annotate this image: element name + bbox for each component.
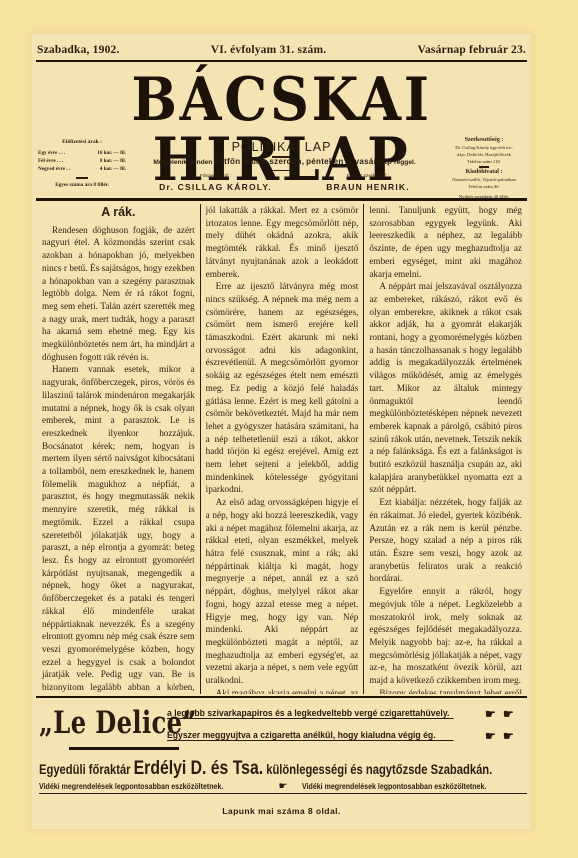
price-period: Fél évre . . . [38,157,63,165]
day-date: Vasárnap február 23. [418,44,526,58]
ad-company-name: Erdélyi D. és Tsa. [134,758,263,779]
price-row: Fél évre . . . 8 kor. — fil. [38,157,126,165]
editorial-office-line: Telefon szám 118. [440,158,528,165]
office-info: Szerkesztőség : Dr. Csillag Károly ügyvé… [440,137,528,200]
editor-role: Főszerkesztő : [159,174,272,179]
schedule-day: hétfőn [214,157,240,166]
price-period: Negyed évre . . [38,165,70,173]
single-copy-price: Egyes száma ára 8 fillér. [38,181,126,189]
editor-role: Felelős szerkesztő : [326,174,410,179]
price-value: 16 kor. — fil. [97,149,126,157]
ad-main-line: Egyedüli főraktár Erdélyi D. és Tsa. kül… [39,758,444,780]
price-period: Egy évre . . . [38,149,65,157]
paragraph: Rendesen döghuson fogják, de azért nagyu… [42,224,195,364]
publishing-office-line: Telefon szám 46. [440,183,528,190]
schedule-text: délután, [242,159,267,166]
article-title: A rák. [42,206,195,219]
article-column-1: A rák. Rendesen döghuson fogják, de azér… [37,204,200,694]
schedule-text: Megjelenik minden [153,159,212,166]
article-column-2: jól lakatták a rákkal. Mert ez a csömör … [200,204,364,694]
paragraph: Hanem vannak esetek, mikor a nagyurak, ő… [42,363,195,694]
editorial-office-line: Dr. Csillag Károly ügyvédi iro- [440,144,528,151]
dateline-rule [36,60,527,62]
article-column-3: lenni. Tanuljunk együtt, hogy még szoros… [363,204,527,694]
ad-main-prefix: Egyedüli főraktár [39,762,131,777]
schedule-day: szerdán, [269,157,304,166]
publishing-office-heading: Kiadóhivatal : [440,169,528,176]
ad-orders-text: Vidéki megrendelések legpontosabban eszk… [302,781,486,792]
publishing-office-line: Nemzeti-szálló, Vojnich-palotában [440,176,528,183]
paragraph: Erre az ijesztő látványra még most nincs… [206,280,359,496]
ad-orders-text: Vidéki megrendelések legpontosabban eszk… [39,781,223,792]
schedule-dash [272,170,294,171]
ad-orders-line: Vidéki megrendelések legpontosabban eszk… [39,781,527,794]
subscription-heading: Előfizetési árak : [38,138,126,146]
dateline: Szabadka, 1902. VI. évfolyam 31. szám. V… [37,44,526,58]
paragraph: A néppárt mai jelszavával osztályozza az… [369,280,522,496]
paragraph: Az első adag orvosságképen higyje el a n… [206,496,359,687]
pages-note: Lapunk mai száma 8 oldal. [32,806,531,816]
paragraph: jól lakatták a rákkal. Mert ez a csömör … [206,204,359,280]
paragraph: lenni. Tanuljunk együtt, hogy még szoros… [369,204,522,280]
ad-line-1: a legjobb szivarkapapiros és a legkedvel… [167,708,453,719]
editor-name: Dr. CSILLAG KÁROLY. [159,182,272,192]
editorial-office-line: dája, Deák-tér, Hazájfelőcrék [440,151,528,158]
pointing-hand-icon: ☛ [503,729,514,744]
brand-underline [69,747,179,750]
editorial-office-heading: Szerkesztőség : [440,137,528,144]
paragraph: Aki magához akarja emelni a népet, az mi… [206,687,359,694]
paragraph: Egyelőre ennyit a rákról, hogy megóvjuk … [369,585,522,687]
volume-issue: VI. évfolyam 31. szám. [211,44,327,58]
ad-main-suffix: különlegességi és nagytőzsde Szabadkán. [266,762,492,777]
publication-schedule: Megjelenik minden hétfőn délután, szerdá… [132,157,437,166]
editor-in-chief: Főszerkesztő : Dr. CSILLAG KÁROLY. [159,174,272,192]
pointing-hand-icon: ☛ [485,707,496,722]
price-value: 8 kor. — fil. [100,157,126,165]
paragraph: Ezt kiabálja: nézzétek, hogy falják az é… [369,496,522,585]
price-row: Negyed évre . . 4 kor. — fil. [38,165,126,173]
masthead-rule [36,198,527,201]
ad-top-rule [36,696,527,698]
schedule-day: pénteken [306,157,344,166]
schedule-text: és [345,159,352,166]
price-row: Egy évre . . . 16 kor. — fil. [38,149,126,157]
paragraph: Bizony érdekes tanulmányt lehet erről is… [369,687,522,694]
editor-name: BRAUN HENRIK. [326,182,410,192]
newspaper-page: Szabadka, 1902. VI. évfolyam 31. szám. V… [32,34,531,829]
schedule-day: vasárnap [355,157,393,166]
article-columns: A rák. Rendesen döghuson fogják, de azér… [37,204,527,694]
divider [76,177,88,179]
ad-line-2: Egyszer meggyujtva a czigaretta anélkül,… [167,730,453,741]
pointing-hand-icon: ☛ [279,781,288,792]
pointing-hand-icon: ☛ [503,707,514,722]
divider [479,166,489,168]
schedule-text: reggel. [394,159,416,166]
pointing-hand-icon: ☛ [485,729,496,744]
price-value: 4 kor. — fil. [100,165,126,173]
responsible-editor: Felelős szerkesztő : BRAUN HENRIK. [326,174,410,192]
place-year: Szabadka, 1902. [37,44,120,58]
editors: Főszerkesztő : Dr. CSILLAG KÁROLY. Felel… [132,174,437,192]
subscription-prices: Előfizetési árak : Egy évre . . . 16 kor… [38,138,126,189]
